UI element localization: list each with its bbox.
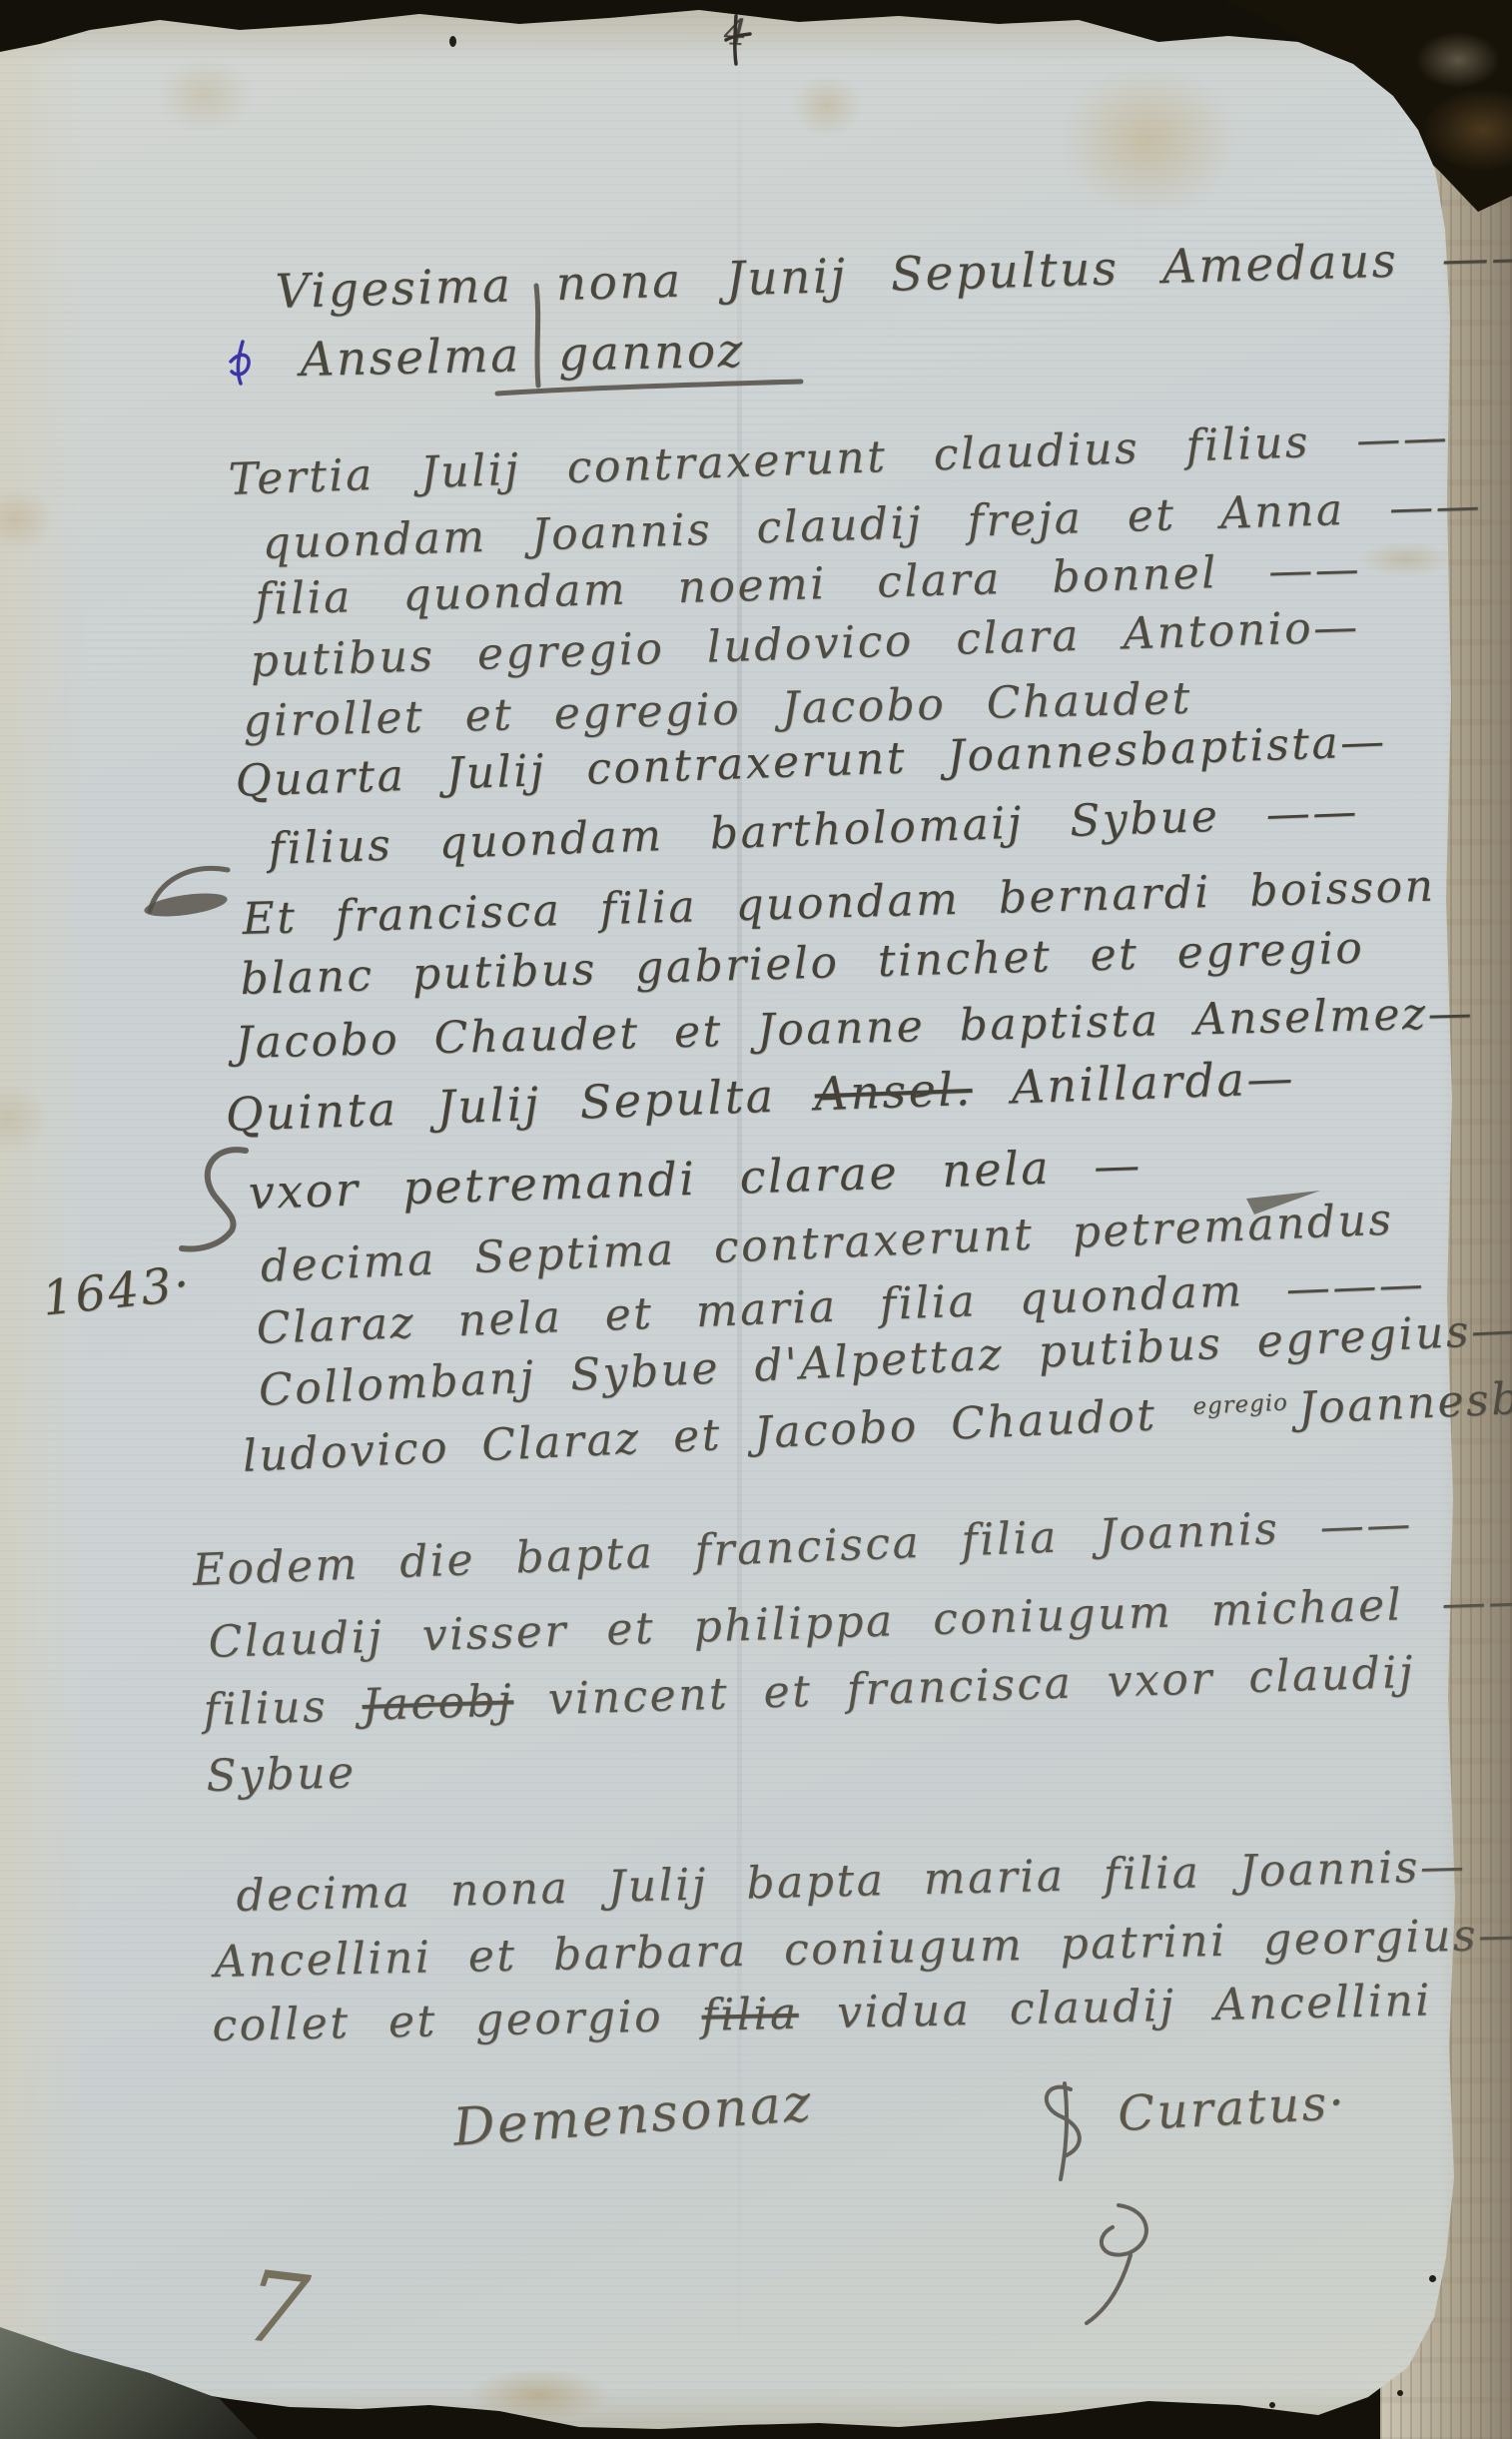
line-segment: filius: [203, 1680, 363, 1736]
line-segment: Anillarda—: [972, 1051, 1296, 1116]
paper-speck: [1397, 2390, 1403, 2396]
page-number: 7: [239, 2255, 316, 2365]
manuscript-photo: Vigesima nona Junij Sepultus Amedaus —— …: [0, 0, 1512, 2439]
paper-speck: [1269, 2402, 1275, 2408]
signature-title: Curatus·: [1117, 2077, 1348, 2139]
struck-word: Ansel.: [814, 1062, 974, 1121]
struck-word: filia: [701, 1989, 799, 2041]
line-segment: collet et georgio: [212, 1991, 702, 2051]
interlined-word: egregio: [1192, 1389, 1288, 1419]
struck-word: Jacobj: [362, 1675, 514, 1731]
paper-speck: [449, 36, 456, 47]
top-edge-mark: 4: [723, 14, 750, 53]
entry-line: Anselma gannoz: [300, 327, 745, 386]
paper-speck: [1429, 2275, 1436, 2282]
entry-line: Sybue: [206, 1750, 357, 1800]
paper-crease-line: [737, 30, 742, 2397]
